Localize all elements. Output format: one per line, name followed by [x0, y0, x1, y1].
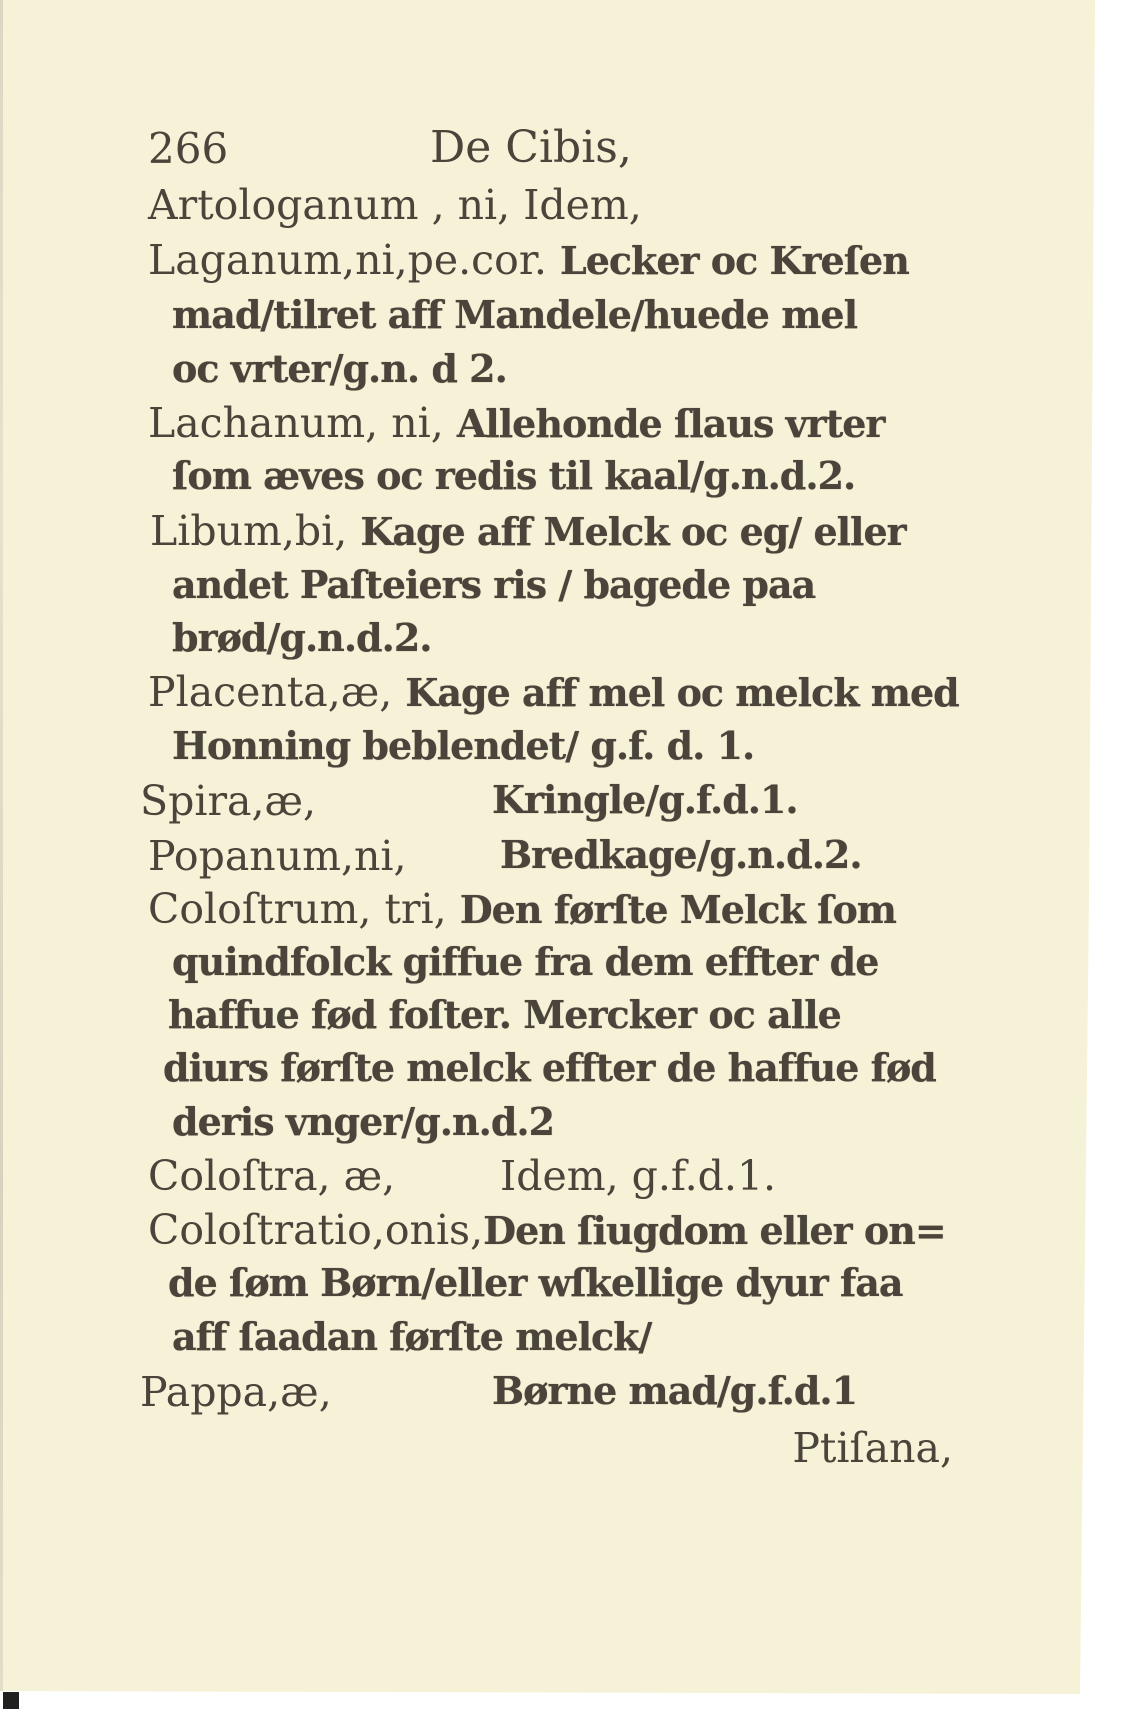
danish-definition: Lecker oc Kreſen	[560, 238, 909, 283]
entry-popanum: Popanum,ni, Bredkage/g.n.d.2.	[148, 836, 1048, 877]
definition-continuation: de ſøm Børn/eller wſkellige dyur faa	[168, 1260, 903, 1305]
definition-continuation: mad/tilret aff Mandele/huede mel	[172, 292, 857, 337]
definition-continuation: aff ſaadan førſte melck/	[172, 1314, 651, 1359]
latin-term: Placenta,æ,	[148, 668, 405, 716]
definition-idem: Idem, g.f.d.1.	[500, 1156, 776, 1197]
entry-colostra: Coloſtra, æ, Idem, g.f.d.1.	[148, 1156, 1048, 1197]
danish-definition: Den ſiugdom eller on=	[483, 1208, 946, 1253]
entry-laganum-line-3: oc vrter/g.n. d 2.	[172, 350, 1072, 388]
definition-continuation: deris vnger/g.n.d.2	[172, 1099, 554, 1144]
entry-laganum-line-1: Laganum,ni,pe.cor. Lecker oc Kreſen	[148, 240, 1048, 281]
entry-colostratio-line-1: Coloſtratio,onis,Den ſiugdom eller on=	[148, 1210, 1048, 1251]
latin-term: Coloſtra, æ,	[148, 1152, 395, 1200]
danish-definition: Kringle/g.f.d.1.	[492, 781, 798, 819]
latin-term: Pappa,æ,	[140, 1368, 332, 1416]
definition-continuation: andet Paſteiers ris / bagede paa	[172, 562, 815, 607]
entry-lachanum-line-1: Lachanum, ni, Allehonde ſlaus vrter	[148, 403, 1048, 444]
page-header: De Cibis,	[430, 126, 1128, 170]
latin-term: Coloſtrum, tri,	[148, 885, 460, 933]
definition-continuation: quindfolck giffue fra dem effter de	[172, 939, 878, 984]
latin-term: Lachanum, ni,	[148, 399, 457, 447]
latin-term: Coloſtratio,onis,	[148, 1206, 483, 1254]
danish-definition: Kage aff mel oc melck med	[405, 670, 958, 715]
danish-definition: Kage aff Melck oc eg/ eller	[360, 509, 905, 554]
latin-term: Spira,æ,	[140, 777, 316, 825]
entry-lachanum-line-2: ſom æves oc redis til kaal/g.n.d.2.	[172, 457, 1072, 495]
scan-corner-mark	[3, 1692, 19, 1709]
paper-edge-shadow	[0, 0, 3, 1691]
entry-colostrum-line-2: quindfolck giffue fra dem effter de	[172, 943, 1072, 981]
latin-term: Laganum,ni,pe.cor.	[148, 236, 560, 284]
latin-term: Libum,bi,	[150, 507, 360, 555]
entry-laganum-line-2: mad/tilret aff Mandele/huede mel	[172, 296, 1072, 334]
definition-continuation: ſom æves oc redis til kaal/g.n.d.2.	[172, 453, 855, 498]
book-page-paper: 266 De Cibis, Artologanum , ni, Idem, La…	[0, 0, 1128, 1709]
entry-colostrum-line-5: deris vnger/g.n.d.2	[172, 1103, 1072, 1141]
definition-continuation: diurs førſte melck effter de haffue fød	[163, 1045, 936, 1090]
entry-pappa: Pappa,æ, Børne mad/g.f.d.1	[140, 1372, 1040, 1413]
entry-spira: Spira,æ, Kringle/g.f.d.1.	[140, 781, 1040, 822]
danish-definition: Bredkage/g.n.d.2.	[500, 836, 862, 874]
definition-continuation: oc vrter/g.n. d 2.	[172, 346, 507, 391]
entry-colostrum-line-4: diurs førſte melck effter de haffue fød	[163, 1049, 1063, 1087]
entry-colostrum-line-3: haffue fød foſter. Mercker oc alle	[168, 996, 1068, 1034]
entry-colostrum-line-1: Coloſtrum, tri, Den førſte Melck ſom	[148, 889, 1048, 930]
entry-libum-line-3: brød/g.n.d.2.	[172, 619, 1072, 657]
entry-placenta-line-2: Honning beblendet/ g.f. d. 1.	[172, 727, 1072, 765]
entry-artologanum: Artologanum , ni, Idem,	[148, 185, 1048, 226]
catchword: Ptiſana,	[792, 1428, 953, 1469]
latin-term: Artologanum , ni, Idem,	[148, 181, 642, 229]
definition-continuation: haffue fød foſter. Mercker oc alle	[168, 992, 841, 1037]
entry-colostratio-line-2: de ſøm Børn/eller wſkellige dyur faa	[168, 1264, 1068, 1302]
entry-libum-line-2: andet Paſteiers ris / bagede paa	[172, 566, 1072, 604]
book-page-scan: 266 De Cibis, Artologanum , ni, Idem, La…	[0, 0, 1128, 1709]
entry-libum-line-1: Libum,bi, Kage aff Melck oc eg/ eller	[150, 511, 1050, 552]
danish-definition: Børne mad/g.f.d.1	[492, 1372, 857, 1410]
definition-continuation: brød/g.n.d.2.	[172, 615, 432, 660]
danish-definition: Den førſte Melck ſom	[460, 887, 896, 932]
entry-colostratio-line-3: aff ſaadan førſte melck/	[172, 1318, 1072, 1356]
definition-continuation: Honning beblendet/ g.f. d. 1.	[172, 723, 754, 768]
latin-term: Popanum,ni,	[148, 832, 407, 880]
danish-definition: Allehonde ſlaus vrter	[457, 401, 885, 446]
entry-placenta-line-1: Placenta,æ, Kage aff mel oc melck med	[148, 672, 1048, 713]
